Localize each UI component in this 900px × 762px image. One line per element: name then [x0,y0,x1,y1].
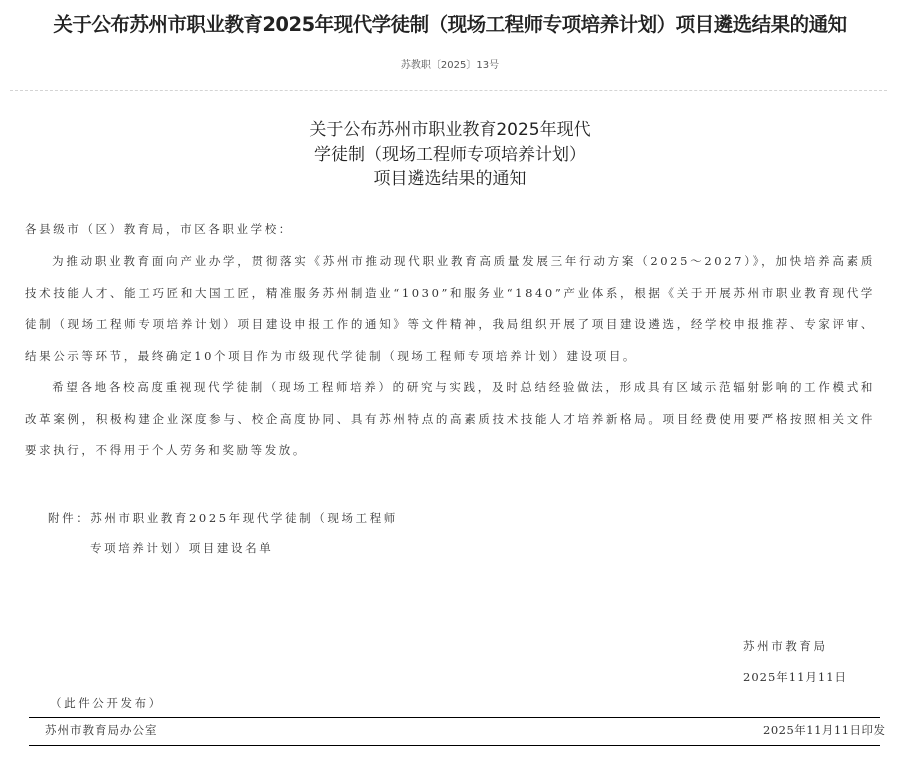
footer-print-date: 2025年11月11日印发 [763,722,886,738]
document-number: 苏教职〔2025〕13号 [0,56,900,71]
document-heading-line-1: 关于公布苏州市职业教育2025年现代 [0,118,900,143]
dashed-divider [10,90,887,91]
paragraph-2-text: 希望各地各校高度重视现代学徒制（现场工程师培养）的研究与实践，及时总结经验做法，… [25,380,875,457]
attachment-line-1[interactable]: 附件：苏州市职业教育2025年现代学徒制（现场工程师 [48,510,398,526]
footer-office: 苏州市教育局办公室 [45,722,158,738]
paragraph-2: 希望各地各校高度重视现代学徒制（现场工程师培养）的研究与实践，及时总结经验做法，… [25,372,875,467]
salutation: 各县级市（区）教育局，市区各职业学校： [25,221,293,237]
sign-date: 2025年11月11日 [743,669,847,685]
attachment-line-2[interactable]: 专项培养计划）项目建设名单 [90,540,273,556]
page-title: 关于公布苏州市职业教育2025年现代学徒制（现场工程师专项培养计划）项目遴选结果… [0,12,900,38]
paragraph-1-text: 为推动职业教育面向产业办学，贯彻落实《苏州市推动现代职业教育高质量发展三年行动方… [25,254,875,363]
public-note: （此件公开发布） [50,695,163,711]
footer-top-rule [29,717,880,718]
paragraph-1: 为推动职业教育面向产业办学，贯彻落实《苏州市推动现代职业教育高质量发展三年行动方… [25,246,875,372]
document-heading: 关于公布苏州市职业教育2025年现代 学徒制（现场工程师专项培养计划） 项目遴选… [0,118,900,192]
footer-bottom-rule [29,745,880,746]
document-heading-line-3: 项目遴选结果的通知 [0,167,900,192]
document-heading-line-2: 学徒制（现场工程师专项培养计划） [0,143,900,168]
signer: 苏州市教育局 [743,638,828,654]
